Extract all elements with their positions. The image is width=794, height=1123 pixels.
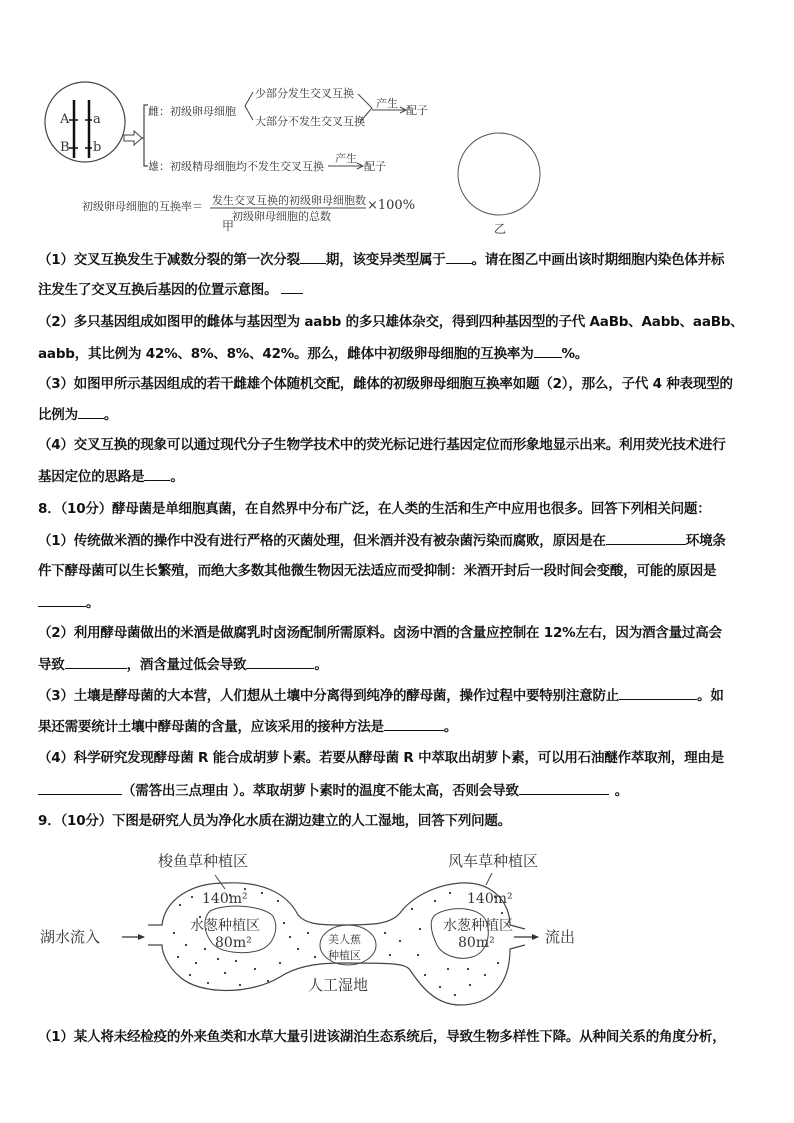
left-zone-label: 梭鱼草种植区 bbox=[158, 853, 248, 870]
q8-part1-line1: （1）传统做米酒的操作中没有进行严格的灭菌处理，但米酒并没有被杂菌污染而腐败，原… bbox=[38, 530, 764, 551]
q9-title: 9．（10分）下图是研究人员为净化水质在湖边建立的人工湿地，回答下列问题。 bbox=[38, 811, 764, 831]
q8-blank-1[interactable] bbox=[606, 530, 686, 545]
male-gamete-label: 配子 bbox=[364, 160, 386, 173]
wetland-figure: 湖水流入 梭鱼草种植区 140m² 水葱种植区 80m² 美人蕉 种植区 风车草… bbox=[40, 845, 600, 1015]
q7-blank-6[interactable] bbox=[144, 466, 170, 481]
q8-blank-8[interactable] bbox=[519, 780, 609, 795]
middle-zone-label-1: 美人蕉 bbox=[328, 931, 361, 948]
q7-part2-line1: （2）多只基因组成如图甲的雌体与基因型为 aabb 的多只雄体杂交，得到四种基因… bbox=[38, 312, 764, 332]
q7-blank-5[interactable] bbox=[78, 404, 104, 419]
q8-part1-line2: 件下酵母菌可以生长繁殖，而绝大多数其他微生物因无法适应而受抑制：米酒开封后一段时… bbox=[38, 561, 764, 581]
formula-right: ×100% bbox=[367, 199, 415, 212]
outflow-label: 流出 bbox=[545, 929, 575, 946]
right-zone-label: 风车草种植区 bbox=[448, 853, 538, 870]
gene-b-label: b bbox=[93, 141, 101, 154]
male-produce-label: 产生 bbox=[335, 152, 357, 165]
q7-blank-3[interactable] bbox=[281, 279, 303, 294]
q7-part4-line2: 基因定位的思路是。 bbox=[38, 466, 764, 487]
q8-part3-line2: 果还需要统计土壤中酵母菌的含量，应该采用的接种方法是。 bbox=[38, 716, 764, 737]
inflow-label: 湖水流入 bbox=[40, 929, 100, 946]
q7-blank-1[interactable] bbox=[300, 249, 326, 264]
right-inner-zone-label: 水葱种植区 bbox=[443, 918, 513, 935]
q8-blank-2[interactable] bbox=[38, 592, 86, 607]
formula-numerator: 发生交叉互换的初级卵母细胞数 bbox=[212, 194, 366, 207]
female-label: 雌：初级卵母细胞 bbox=[148, 105, 236, 118]
right-area-label: 140m² bbox=[467, 891, 513, 908]
female-branch-bottom: 大部分不发生交叉互换 bbox=[255, 115, 365, 128]
q8-part4-line1: （4）科学研究发现酵母菌 R 能合成胡萝卜素。若要从酵母菌 R 中萃取出胡萝卜素… bbox=[38, 748, 764, 768]
q7-part1-line1: （1）交叉互换发生于减数分裂的第一次分裂期，该变异类型属于。请在图乙中画出该时期… bbox=[38, 249, 764, 270]
q7-part1-line2: 注发生了交叉互换后基因的位置示意图。 bbox=[38, 279, 764, 300]
q8-title: 8．（10分）酵母菌是单细胞真菌，在自然界中分布广泛，在人类的生活和生产中应用也… bbox=[38, 499, 764, 519]
left-inner-area-label: 80m² bbox=[215, 935, 252, 952]
male-label: 雄：初级精母细胞均不发生交叉互换 bbox=[148, 160, 324, 173]
q8-blank-5[interactable] bbox=[619, 685, 697, 700]
middle-zone-label-2: 种植区 bbox=[328, 947, 361, 964]
q7-blank-4[interactable] bbox=[534, 343, 562, 358]
female-branch-top: 少部分发生交叉互换 bbox=[255, 87, 354, 100]
q7-part3-line1: （3）如图甲所示基因组成的若干雌雄个体随机交配，雌体的初级卵母细胞互换率如题（2… bbox=[38, 374, 764, 394]
left-area-label: 140m² bbox=[202, 891, 248, 908]
q7-part3-line2: 比例为。 bbox=[38, 404, 764, 425]
q8-part2-line1: （2）利用酵母菌做出的米酒是做腐乳时卤汤配制所需原料。卤汤中酒的含量应控制在 1… bbox=[38, 623, 764, 643]
right-inner-area-label: 80m² bbox=[458, 935, 495, 952]
q8-part3-line1: （3）土壤是酵母菌的大本营，人们想从土壤中分离得到纯净的酵母菌，操作过程中要特别… bbox=[38, 685, 764, 706]
q8-blank-3[interactable] bbox=[65, 654, 127, 669]
q7-blank-2[interactable] bbox=[446, 249, 472, 264]
q7-part2-line2: aabb，其比例为 42%、8%、8%、42%。那么，雌体中初级卵母细胞的互换率… bbox=[38, 343, 764, 364]
q8-part2-line2: 导致，酒含量过低会导致。 bbox=[38, 654, 764, 675]
q7-part4-line1: （4）交叉互换的现象可以通过现代分子生物学技术中的荧光标记进行基因定位而形象地显… bbox=[38, 435, 764, 455]
figure-jia-caption: 甲 bbox=[222, 220, 234, 233]
q8-part1-line3: 。 bbox=[38, 592, 764, 613]
q8-blank-7[interactable] bbox=[38, 780, 122, 795]
q8-blank-6[interactable] bbox=[384, 716, 444, 731]
gamete-label: 配子 bbox=[406, 104, 428, 117]
q9-part1-line1: （1）某人将未经检疫的外来鱼类和水草大量引进该湖泊生态系统后，导致生物多样性下降… bbox=[38, 1027, 764, 1047]
produce-label: 产生 bbox=[376, 97, 398, 110]
gene-A-label: A bbox=[60, 113, 69, 126]
cell-circle-blank[interactable] bbox=[455, 130, 545, 220]
left-inner-zone-label: 水葱种植区 bbox=[190, 918, 260, 935]
figure-yi-caption: 乙 bbox=[494, 223, 506, 236]
formula-left: 初级卵母细胞的互换率＝ bbox=[82, 200, 203, 213]
wetland-label: 人工湿地 bbox=[308, 977, 368, 994]
gene-B-label: B bbox=[60, 141, 70, 154]
figure-yi: 乙 bbox=[455, 130, 545, 240]
figure-jia: A a B b 雌：初级卵母细胞 少部分发生交叉互换 大部分不发生交叉互换 产生… bbox=[40, 70, 440, 230]
q8-blank-4[interactable] bbox=[246, 654, 314, 669]
gene-a-label: a bbox=[93, 113, 101, 126]
formula-denominator: 初级卵母细胞的总数 bbox=[232, 210, 331, 223]
q8-part4-line2: （需答出三点理由 ）。萃取胡萝卜素时的温度不能太高，否则会导致。 bbox=[38, 780, 764, 801]
